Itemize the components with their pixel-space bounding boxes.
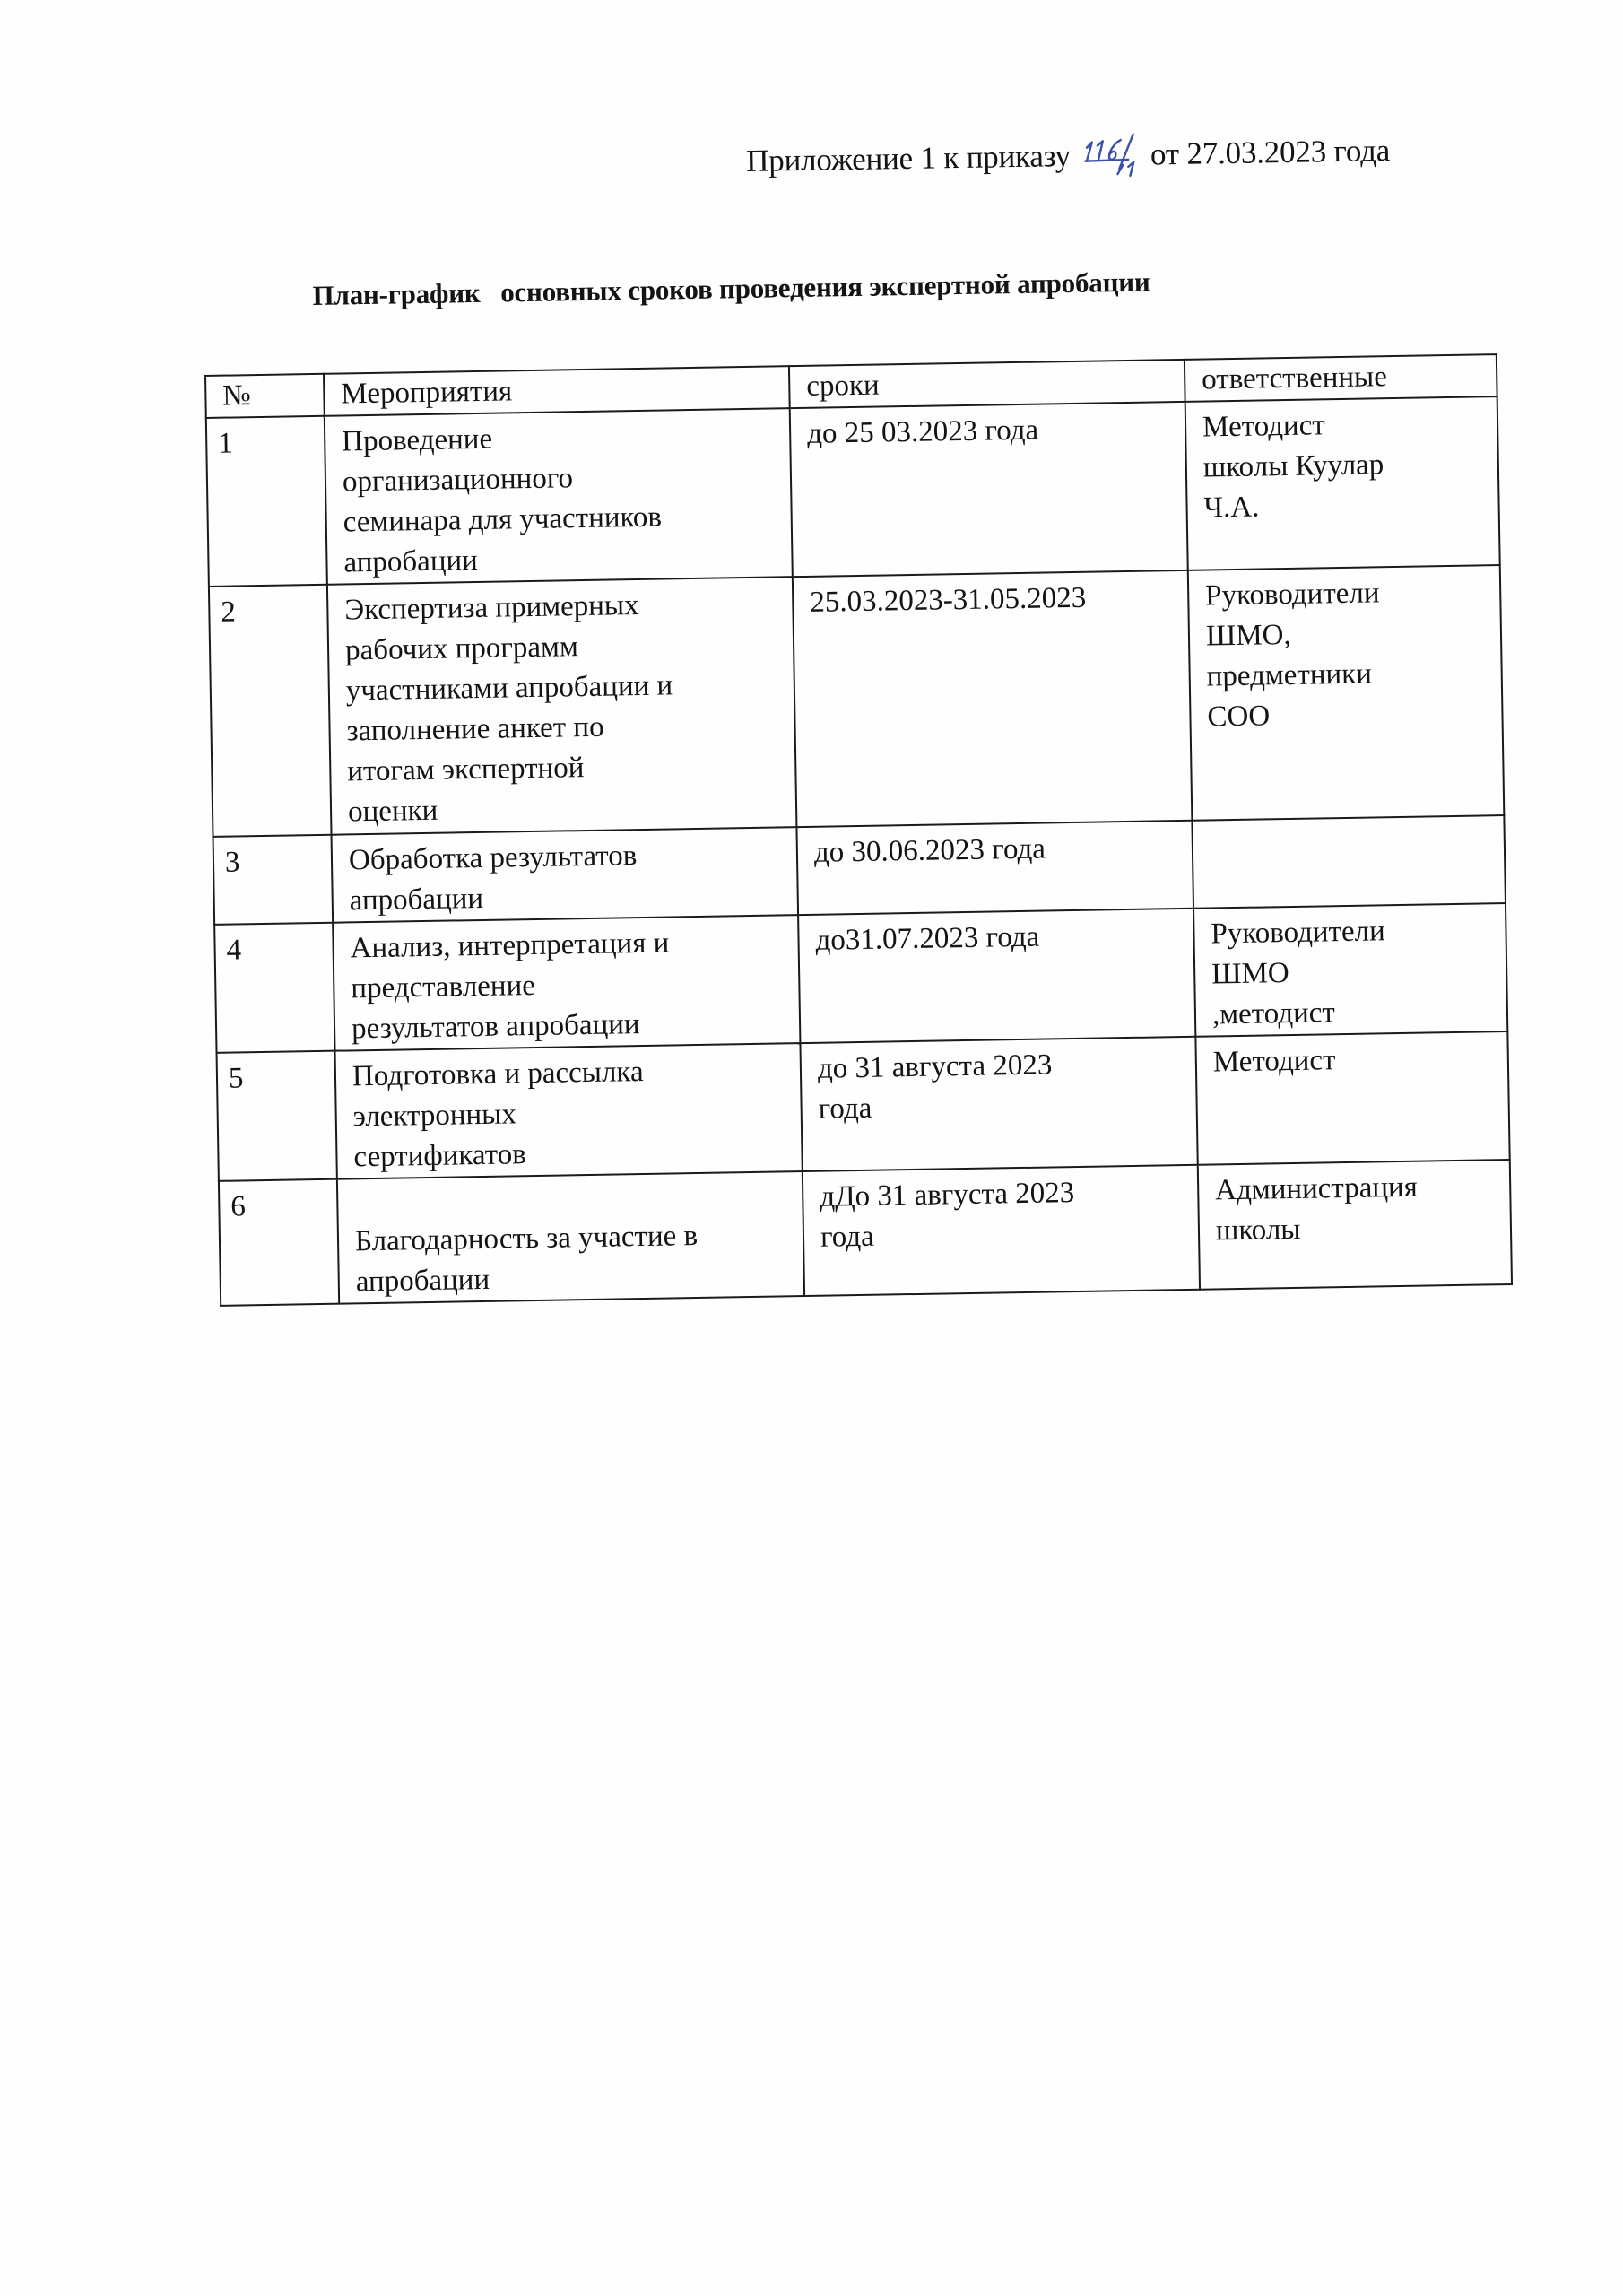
handwritten-order-number xyxy=(1081,138,1141,175)
row-number: 1 xyxy=(206,416,327,587)
responsible-cell: Методист xyxy=(1195,1031,1509,1165)
table-row: 6 Благодарность за участие в апробации д… xyxy=(219,1160,1512,1306)
responsible-cell: Руководители ШМО ,методист xyxy=(1193,903,1507,1037)
handwritten-signature-icon xyxy=(1081,133,1145,180)
column-header-deadlines: сроки xyxy=(789,360,1185,408)
responsible-cell: Методист школы Куулар Ч.А. xyxy=(1185,396,1500,570)
row-number: 6 xyxy=(219,1179,339,1306)
document-title: План-график основных сроков проведения э… xyxy=(312,265,1150,314)
document-page: Приложение 1 к приказу от 27.03.2023 год… xyxy=(0,0,1623,2296)
schedule-table: № Мероприятия сроки ответственные 1 Пров… xyxy=(204,353,1513,1307)
column-header-responsible: ответственные xyxy=(1185,354,1497,402)
deadline-cell: 25.03.2023-31.05.2023 xyxy=(793,570,1193,827)
column-header-events: Мероприятия xyxy=(324,366,790,416)
deadline-cell: дДо 31 августа 2023 года xyxy=(803,1165,1200,1296)
table-row: 1 Проведение организационного семинара д… xyxy=(206,396,1500,587)
appendix-reference: Приложение 1 к приказу от 27.03.2023 год… xyxy=(746,131,1391,181)
event-cell: Подготовка и рассылка электронных сертиф… xyxy=(335,1043,803,1179)
responsible-cell: Администрация школы xyxy=(1198,1160,1512,1290)
appendix-prefix: Приложение 1 к приказу xyxy=(746,138,1071,178)
responsible-cell xyxy=(1192,815,1506,909)
event-cell: Анализ, интерпретация и представление ре… xyxy=(333,915,800,1051)
deadline-cell: до31.07.2023 года xyxy=(798,909,1195,1043)
deadline-cell: до 31 августа 2023 года xyxy=(800,1037,1197,1171)
event-cell: Проведение организационного семинара для… xyxy=(325,408,793,585)
row-number: 5 xyxy=(217,1051,337,1181)
deadline-cell: до 30.06.2023 года xyxy=(796,821,1193,915)
deadline-cell: до 25 03.2023 года xyxy=(790,402,1188,577)
appendix-suffix: от 27.03.2023 года xyxy=(1150,133,1391,171)
row-number: 2 xyxy=(209,585,332,837)
document-content: Приложение 1 к приказу от 27.03.2023 год… xyxy=(0,0,1623,1349)
event-cell: Обработка результатов апробации xyxy=(332,827,799,923)
row-number: 4 xyxy=(214,923,334,1053)
table-row: 2 Экспертиза примерных рабочих программ … xyxy=(209,565,1504,837)
table-row: 5 Подготовка и рассылка электронных серт… xyxy=(217,1031,1510,1181)
event-cell: Экспертиза примерных рабочих программ уч… xyxy=(327,577,797,835)
scan-edge-artifact xyxy=(13,1901,13,2296)
column-header-number: № xyxy=(205,374,325,418)
event-cell: Благодарность за участие в апробации xyxy=(337,1171,804,1304)
row-number: 3 xyxy=(213,835,334,925)
responsible-cell: Руководители ШМО, предметники СОО xyxy=(1188,565,1505,821)
table-row: 4 Анализ, интерпретация и представление … xyxy=(214,903,1507,1053)
